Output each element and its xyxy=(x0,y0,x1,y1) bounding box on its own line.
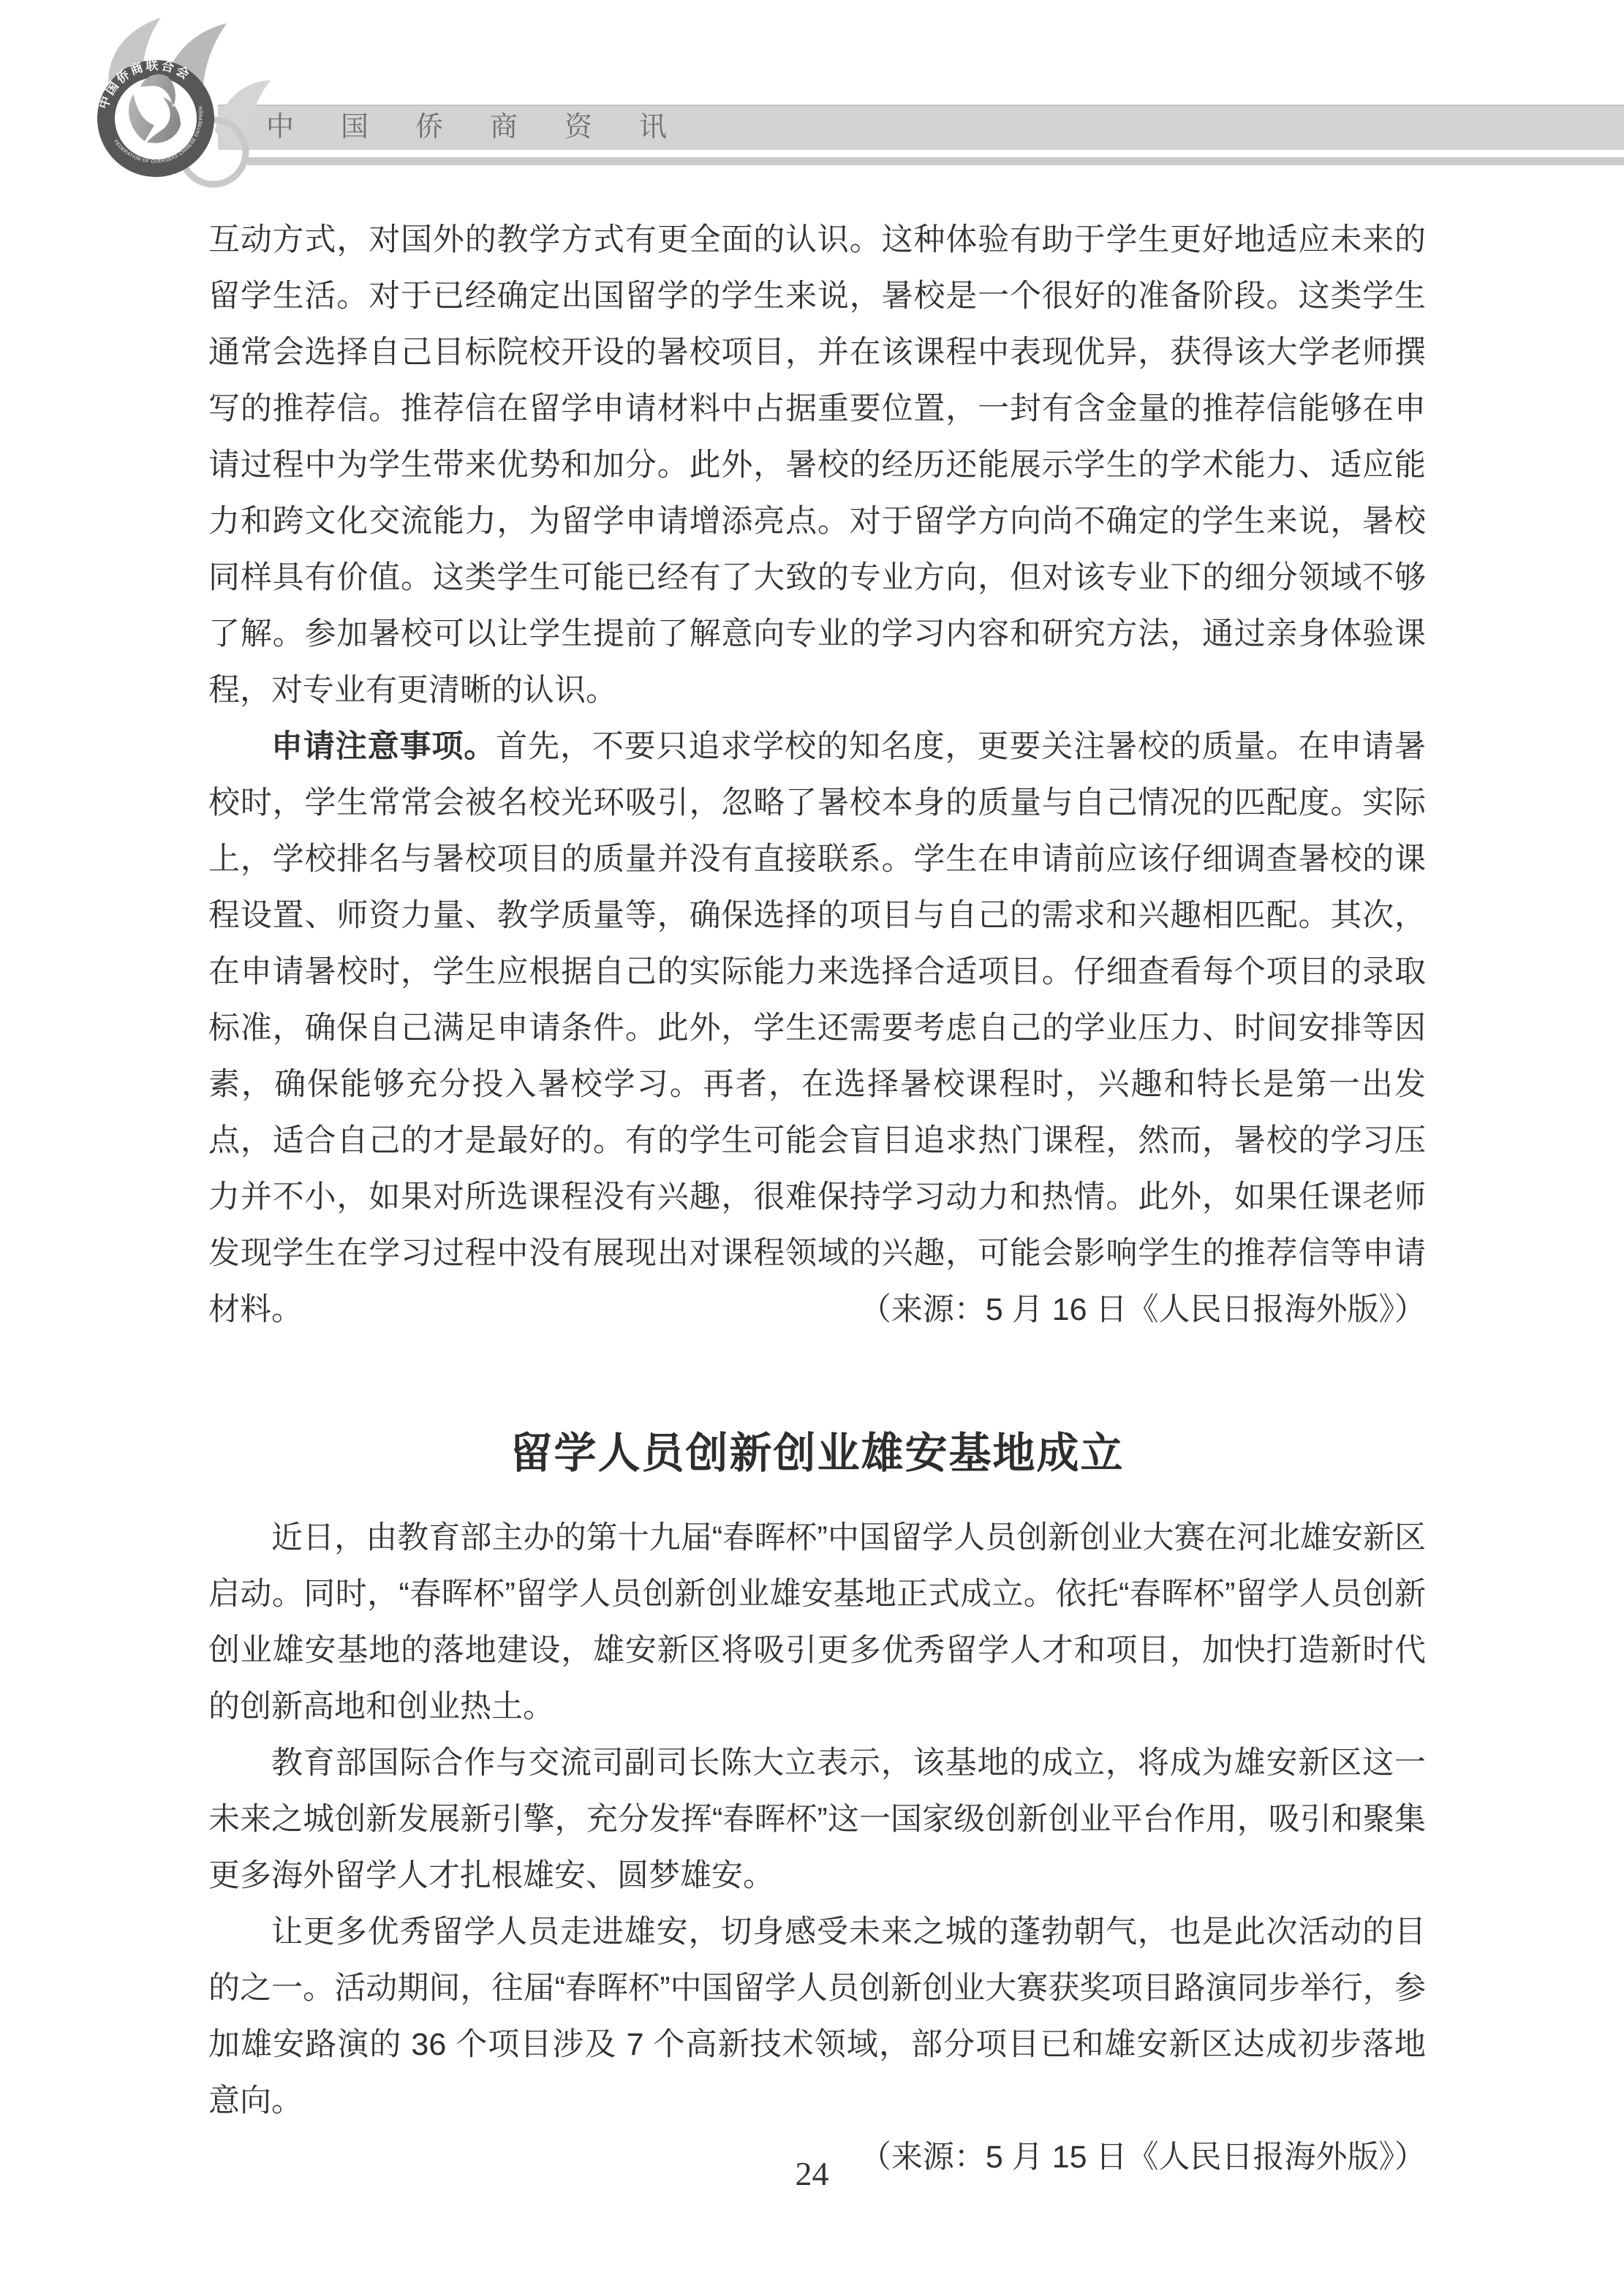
paragraph: 让更多优秀留学人员走进雄安，切身感受未来之城的蓬勃朝气，也是此次活动的目的之一。… xyxy=(208,1904,1426,2129)
text-column: 互动方式，对国外的教学方式有更全面的认识。这种体验有助于学生更好地适应未来的留学… xyxy=(208,212,1426,2186)
page-number: 24 xyxy=(0,2154,1624,2193)
banner-title: 中国侨商资讯 xyxy=(218,106,1624,148)
paragraph: 教育部国际合作与交流司副司长陈大立表示，该基地的成立，将成为雄安新区这一未来之城… xyxy=(208,1735,1426,1904)
paragraph: 近日，由教育部主办的第十九届“春晖杯”中国留学人员创新创业大赛在河北雄安新区启动… xyxy=(208,1510,1426,1735)
paragraph-lead: 申请注意事项。 xyxy=(271,729,496,764)
magazine-page: 中国侨商资讯 xyxy=(0,0,1624,2272)
source-citation: （来源：5 月 16 日《人民日报海外版》） xyxy=(797,1282,1426,1338)
paragraph-text: 首先，不要只追求学校的知名度，更要关注暑校的质量。在申请暑校时，学生常常会被名校… xyxy=(208,729,1426,1327)
article-title: 留学人员创新创业雄安基地成立 xyxy=(208,1420,1426,1487)
federation-logo: 中国侨商联合会 CHINA FEDERATION OF OVERSEAS CHI… xyxy=(51,13,285,218)
federation-emblem-icon: 中国侨商联合会 CHINA FEDERATION OF OVERSEAS CHI… xyxy=(51,13,285,218)
header-banner-bar: 中国侨商资讯 xyxy=(218,105,1624,150)
paragraph: 互动方式，对国外的教学方式有更全面的认识。这种体验有助于学生更好地适应未来的留学… xyxy=(208,212,1426,719)
header-banner-strip xyxy=(247,157,1624,165)
paragraph: 申请注意事项。首先，不要只追求学校的知名度，更要关注暑校的质量。在申请暑校时，学… xyxy=(208,719,1426,1338)
